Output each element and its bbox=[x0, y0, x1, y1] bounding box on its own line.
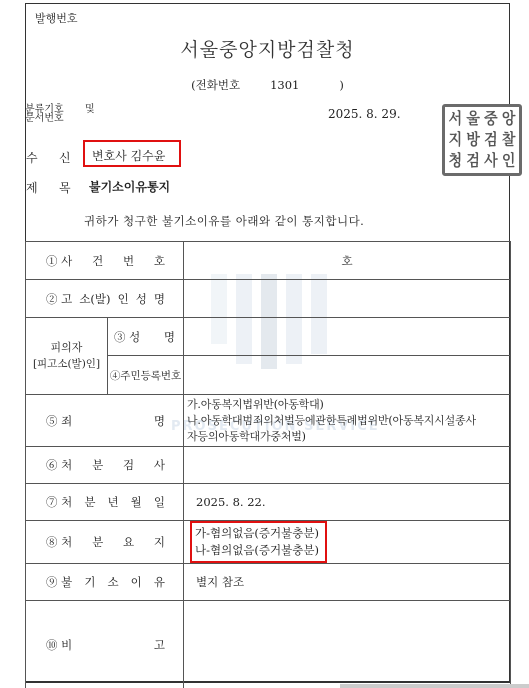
official-seal: 서울중앙지방검찰청검사인 bbox=[442, 104, 522, 176]
disposition-line: 가-혐의없음(증거불충분) bbox=[195, 525, 319, 542]
label-char: 분 bbox=[84, 494, 95, 510]
suspect-id-value bbox=[184, 356, 511, 395]
prosecutor-label: ⑥ 처분검사 bbox=[26, 447, 184, 484]
row-suspect-name: 피의자 [피고소(발)인] ③ 성 명 bbox=[26, 318, 511, 356]
remarks-label: ⑩ 비 고 bbox=[26, 601, 184, 688]
seal-glyph: 울 bbox=[465, 108, 482, 130]
row-remarks: ⑩ 비 고 bbox=[26, 601, 511, 688]
label-char: ⑥ 처 bbox=[46, 457, 72, 473]
charges-label-1: ⑤ 죄 bbox=[46, 413, 72, 429]
seal-glyph: 검 bbox=[483, 129, 500, 151]
seal-glyph: 중 bbox=[483, 108, 500, 130]
disposition-summary-label: ⑧ 처분요지 bbox=[26, 521, 184, 564]
phone-line: (전화번호1301) bbox=[26, 77, 509, 93]
label-char: 명 bbox=[154, 291, 165, 307]
complainant-label: ② 고소(발)인성명 bbox=[26, 280, 184, 318]
charge-line: 자등의아동학대가중처벌) bbox=[187, 429, 510, 445]
phone-number: 1301 bbox=[270, 78, 299, 92]
seal-glyph: 앙 bbox=[500, 108, 517, 130]
suspect-name-label-2: 명 bbox=[164, 329, 175, 345]
label-char: 월 bbox=[131, 494, 142, 510]
label-char: 검 bbox=[123, 457, 134, 473]
suspect-name-value bbox=[184, 318, 511, 356]
disposition-date-label: ⑦ 처분년월일 bbox=[26, 484, 184, 521]
charge-line: 가.아동복지법위반(아동학대) bbox=[187, 397, 510, 413]
label-char: 요 bbox=[123, 534, 134, 550]
phone-close: ) bbox=[339, 78, 344, 92]
label-char: ⑦ 처 bbox=[46, 494, 72, 510]
label-char: ① 사 bbox=[46, 253, 72, 269]
label-char: 소(발) bbox=[79, 291, 110, 307]
label-char: 분 bbox=[92, 534, 103, 550]
seal-glyph: 서 bbox=[447, 108, 464, 130]
label-char: 일 bbox=[154, 494, 165, 510]
row-disposition-summary: ⑧ 처분요지 가-혐의없음(증거불충분) 나-혐의없음(증거불충분) bbox=[26, 521, 511, 564]
disposition-summary-highlight-box: 가-혐의없음(증거불충분) 나-혐의없음(증거불충분) bbox=[190, 521, 327, 563]
recipient-label-1: 수 bbox=[26, 149, 38, 166]
label-char: 분 bbox=[92, 457, 103, 473]
issue-number-label: 발행번호 bbox=[35, 10, 78, 26]
label-char: 인 bbox=[118, 291, 129, 307]
label-char: 기 bbox=[84, 574, 95, 590]
disposition-summary-value: 가-혐의없음(증거불충분) 나-혐의없음(증거불충분) bbox=[184, 521, 511, 564]
classification-and: 및 bbox=[85, 105, 95, 114]
suspect-group-label-1: 피의자 bbox=[26, 340, 107, 356]
suspect-name-label: ③ 성 명 bbox=[108, 318, 184, 356]
row-prosecutor: ⑥ 처분검사 bbox=[26, 447, 511, 484]
label-char: ② 고 bbox=[46, 291, 72, 307]
subject-label-1: 제 bbox=[26, 179, 38, 196]
phone-label: (전화번호 bbox=[191, 78, 240, 92]
remarks-label-1: ⑩ 비 bbox=[46, 637, 72, 653]
label-char: 번 bbox=[123, 253, 134, 269]
suspect-group-label-2: [피고소(발)인] bbox=[26, 356, 107, 372]
remarks-label-2: 고 bbox=[154, 637, 165, 653]
seal-glyph: 방 bbox=[465, 129, 482, 151]
subject-value: 불기소이유통지 bbox=[89, 178, 170, 195]
remarks-value bbox=[184, 601, 511, 688]
charges-label: ⑤ 죄 명 bbox=[26, 395, 184, 447]
suspect-group-label: 피의자 [피고소(발)인] bbox=[26, 318, 108, 395]
seal-glyph: 청 bbox=[447, 150, 464, 172]
label-char: 지 bbox=[154, 534, 165, 550]
case-number-label: ① 사건번호 bbox=[26, 242, 184, 280]
recipient-label-2: 신 bbox=[59, 149, 71, 166]
row-complainant: ② 고소(발)인성명 bbox=[26, 280, 511, 318]
suspect-name-label-1: ③ 성 bbox=[114, 329, 140, 345]
row-case-number: ① 사건번호 호 bbox=[26, 242, 511, 280]
subject-label-2: 목 bbox=[59, 179, 71, 196]
charges-value: 가.아동복지법위반(아동학대) 나.아동학대범죄의처벌등에관한특례법위반(아동복… bbox=[184, 395, 511, 447]
label-char: 유 bbox=[154, 574, 165, 590]
seal-glyph: 인 bbox=[500, 150, 517, 172]
charges-label-2: 명 bbox=[154, 413, 165, 429]
label-char: 성 bbox=[136, 291, 147, 307]
suspect-id-label: ④주민등록번호 bbox=[108, 356, 184, 395]
seal-glyph: 지 bbox=[447, 129, 464, 151]
seal-glyph: 찰 bbox=[500, 129, 517, 151]
document-date: 2025. 8. 29. bbox=[328, 107, 401, 121]
scan-edge-strip bbox=[340, 684, 529, 688]
label-char: 건 bbox=[92, 253, 103, 269]
reason-value: 별지 참조 bbox=[184, 564, 511, 601]
reason-label: ⑨ 불기소이유 bbox=[26, 564, 184, 601]
document-page: 발행번호 서울중앙지방검찰청 (전화번호1301) 분류기호 문서번호 및 20… bbox=[25, 3, 510, 683]
label-char: ⑧ 처 bbox=[46, 534, 72, 550]
disposition-date-value: 2025. 8. 22. bbox=[184, 484, 511, 521]
notice-table: ① 사건번호 호 ② 고소(발)인성명 피의자 [피고소(발)인] ③ 성 명 bbox=[25, 241, 511, 688]
classification-label: 분류기호 문서번호 및 bbox=[25, 105, 64, 123]
label-char: 이 bbox=[131, 574, 142, 590]
label-char: 소 bbox=[108, 574, 119, 590]
complainant-value bbox=[184, 280, 511, 318]
seal-glyph: 사 bbox=[483, 150, 500, 172]
label-char: 년 bbox=[108, 494, 119, 510]
label-char: 호 bbox=[154, 253, 165, 269]
prosecutor-value bbox=[184, 447, 511, 484]
disposition-line: 나-혐의없음(증거불충분) bbox=[195, 542, 319, 559]
charge-line: 나.아동학대범죄의처벌등에관한특례법위반(아동복지시설종사 bbox=[187, 413, 510, 429]
seal-glyph: 검 bbox=[465, 150, 482, 172]
label-char: ⑨ 불 bbox=[46, 574, 72, 590]
case-number-value: 호 bbox=[184, 242, 511, 280]
organization-title: 서울중앙지방검찰청 bbox=[26, 35, 509, 62]
recipient-value: 변호사 김수윤 bbox=[92, 147, 165, 164]
notice-text: 귀하가 청구한 불기소이유를 아래와 같이 통지합니다. bbox=[84, 213, 364, 229]
label-char: 사 bbox=[154, 457, 165, 473]
row-disposition-date: ⑦ 처분년월일 2025. 8. 22. bbox=[26, 484, 511, 521]
classification-line2: 문서번호 bbox=[25, 114, 64, 123]
row-charges: ⑤ 죄 명 가.아동복지법위반(아동학대) 나.아동학대범죄의처벌등에관한특례법… bbox=[26, 395, 511, 447]
row-reason: ⑨ 불기소이유 별지 참조 bbox=[26, 564, 511, 601]
